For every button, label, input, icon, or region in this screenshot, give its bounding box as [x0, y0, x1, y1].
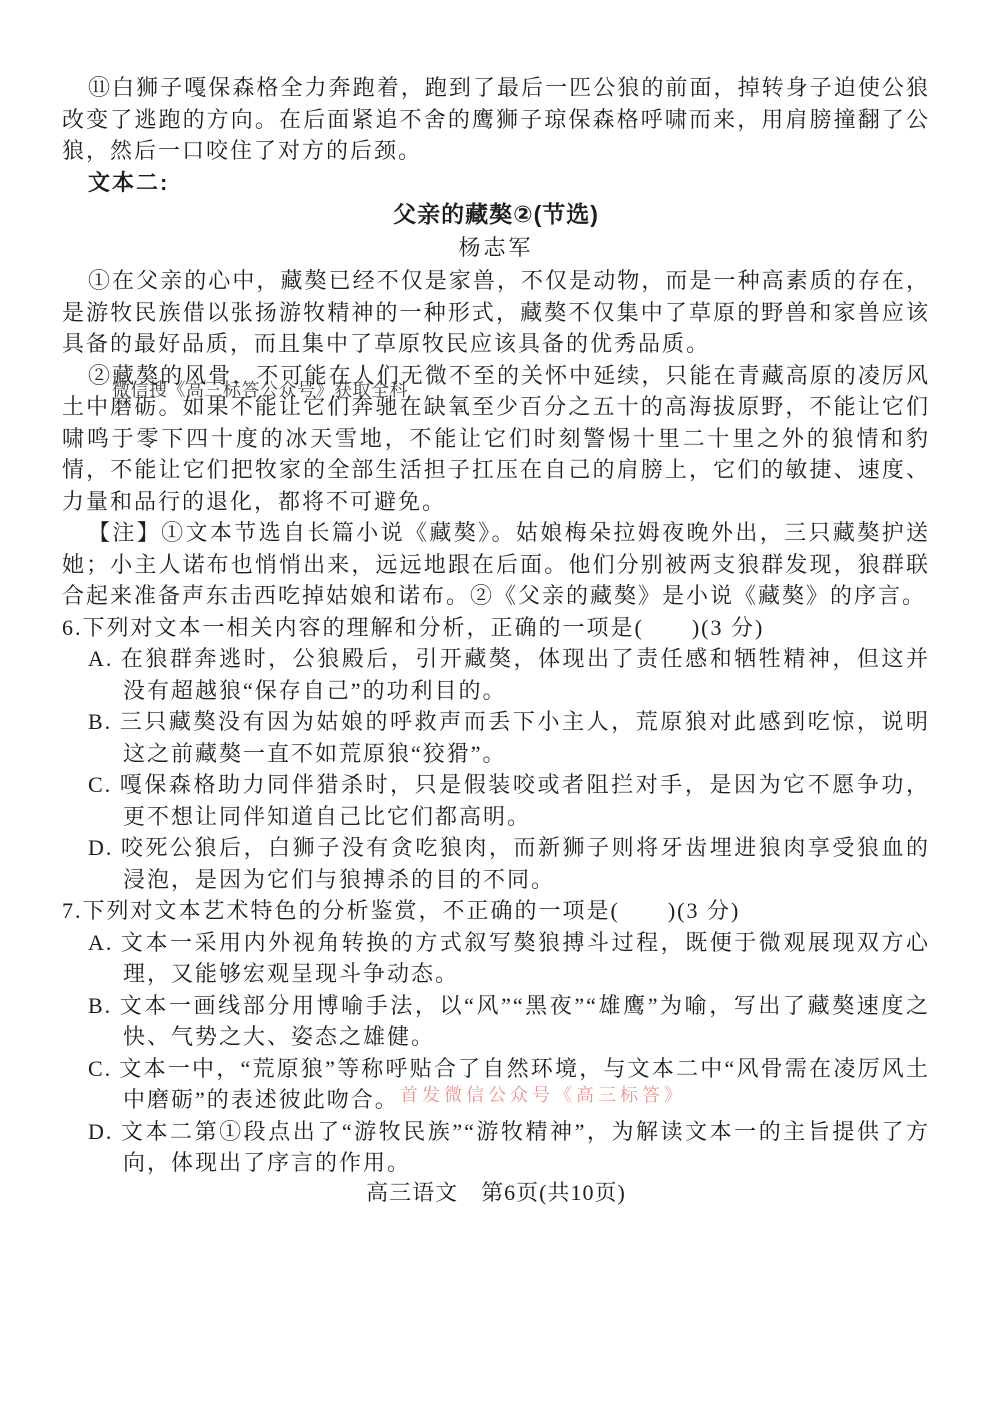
question-6-stem: 6.下列对文本一相关内容的理解和分析，正确的一项是( )(3 分) [62, 612, 930, 644]
option-text: 文本一采用内外视角转换的方式叙写獒狼搏斗过程，既便于微观展现双方心理，又能够宏观… [120, 930, 930, 987]
option-label: D. [88, 835, 120, 860]
watermark-gray: 微信搜《高三标答公众号》获取全科 [112, 376, 408, 402]
option-text: 咬死公狼后，白狮子没有贪吃狼肉，而新狮子则将牙齿埋进狼肉享受狼血的浸泡，是因为它… [120, 835, 930, 892]
watermark-red: 首发微信公众号《高三标答》 [400, 1081, 686, 1107]
passage-two-paragraph-1: ①在父亲的心中，藏獒已经不仅是家兽，不仅是动物，而是一种高素质的存在，是游牧民族… [62, 265, 930, 360]
question-6-option-a: A.在狼群奔逃时，公狼殿后，引开藏獒，体现出了责任感和牺牲精神，但这并没有超越狼… [62, 643, 930, 706]
option-text: 嘎保森格助力同伴猎杀时，只是假装咬或者阻拦对手，是因为它不愿争功，更不想让同伴知… [119, 772, 930, 829]
exam-content: ⑪白狮子嘎保森格全力奔跑着，跑到了最后一匹公狼的前面，掉转身子迫使公狼改变了逃跑… [62, 72, 930, 1179]
exam-page: ⑪白狮子嘎保森格全力奔跑着，跑到了最后一匹公狼的前面，掉转身子迫使公狼改变了逃跑… [0, 0, 992, 1403]
option-text: 三只藏獒没有因为姑娘的呼救声而丢下小主人，荒原狼对此感到吃惊，说明这之前藏獒一直… [119, 709, 930, 766]
option-label: C. [88, 1056, 119, 1081]
question-7-option-a: A.文本一采用内外视角转换的方式叙写獒狼搏斗过程，既便于微观展现双方心理，又能够… [62, 927, 930, 990]
option-text: 文本二第①段点出了“游牧民族”“游牧精神”，为解读文本一的主旨提供了方向，体现出… [120, 1119, 930, 1176]
question-6-option-c: C.嘎保森格助力同伴猎杀时，只是假装咬或者阻拦对手，是因为它不愿争功，更不想让同… [62, 769, 930, 832]
question-6-option-d: D.咬死公狼后，白狮子没有贪吃狼肉，而新狮子则将牙齿埋进狼肉享受狼血的浸泡，是因… [62, 832, 930, 895]
passage-two-author: 杨志军 [62, 232, 930, 264]
option-label: D. [88, 1119, 120, 1144]
passage-two-note: 【注】①文本节选自长篇小说《藏獒》。姑娘梅朵拉姆夜晚外出，三只藏獒护送她；小主人… [62, 517, 930, 612]
question-7-option-d: D.文本二第①段点出了“游牧民族”“游牧精神”，为解读文本一的主旨提供了方向，体… [62, 1116, 930, 1179]
option-text: 在狼群奔逃时，公狼殿后，引开藏獒，体现出了责任感和牺牲精神，但这并没有超越狼“保… [120, 646, 930, 703]
option-label: B. [88, 709, 119, 734]
option-label: B. [88, 993, 119, 1018]
passage-two-label: 文本二: [62, 167, 930, 199]
option-label: A. [88, 646, 120, 671]
question-7-option-b: B.文本一画线部分用博喻手法，以“风”“黑夜”“雄鹰”为喻，写出了藏獒速度之快、… [62, 990, 930, 1053]
page-footer: 高三语文 第6页(共10页) [0, 1176, 992, 1207]
passage-one-paragraph-11: ⑪白狮子嘎保森格全力奔跑着，跑到了最后一匹公狼的前面，掉转身子迫使公狼改变了逃跑… [62, 72, 930, 167]
passage-two-title: 父亲的藏獒②(节选) [62, 199, 930, 231]
question-7-stem: 7.下列对文本艺术特色的分析鉴赏，不正确的一项是( )(3 分) [62, 895, 930, 927]
question-6-option-b: B.三只藏獒没有因为姑娘的呼救声而丢下小主人，荒原狼对此感到吃惊，说明这之前藏獒… [62, 706, 930, 769]
option-label: A. [88, 930, 120, 955]
option-text: 文本一画线部分用博喻手法，以“风”“黑夜”“雄鹰”为喻，写出了藏獒速度之快、气势… [119, 993, 930, 1050]
option-label: C. [88, 772, 119, 797]
